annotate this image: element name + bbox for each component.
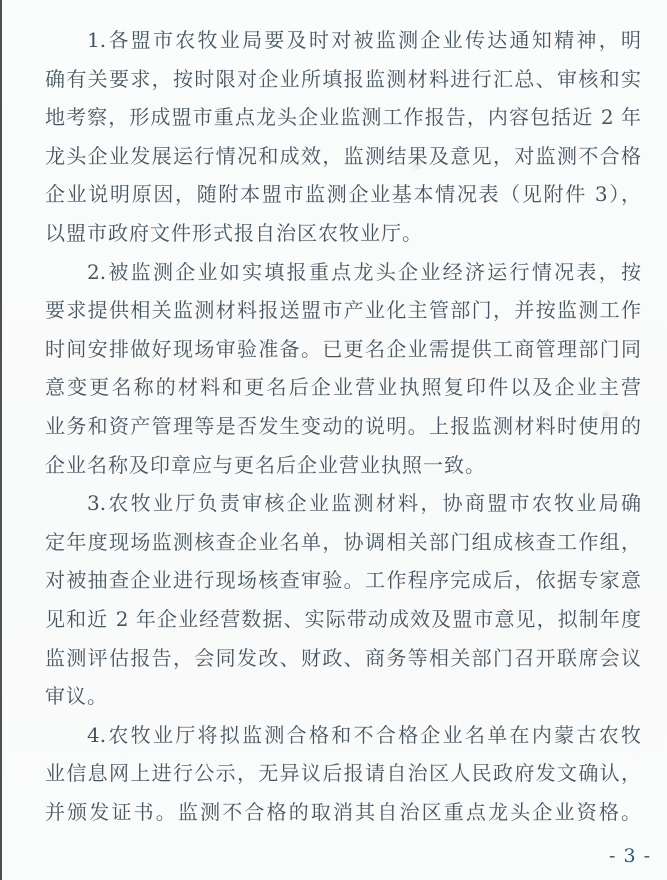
page-number: - 3 - [609, 842, 651, 870]
document-body: 1.各盟市农牧业局要及时对被监测企业传达通知精神，明 确有关要求，按时限对企业所… [45, 21, 641, 831]
text-line: 对被抽查企业进行现场核查审验。工作程序完成后，依据专家意 [45, 561, 641, 600]
text-line: 意变更名称的材料和更名后企业营业执照复印件以及企业主营 [45, 368, 641, 407]
text-line: 定年度现场监测核查企业名单，协调相关部门组成核查工作组， [45, 523, 641, 562]
text-line: 3.农牧业厅负责审核企业监测材料，协商盟市农牧业局确 [45, 484, 641, 523]
text-line: 地考察，形成盟市重点龙头企业监测工作报告，内容包括近 2 年 [45, 98, 641, 137]
text-line: 确有关要求，按时限对企业所填报监测材料进行汇总、审核和实 [45, 60, 641, 99]
text-line: 监测评估报告，会同发改、财政、商务等相关部门召开联席会议 [45, 639, 641, 678]
text-line: 4.农牧业厅将拟监测合格和不合格企业名单在内蒙古农牧 [45, 716, 641, 755]
text-line: 2.被监测企业如实填报重点龙头企业经济运行情况表，按 [45, 253, 641, 292]
text-line: 龙头企业发展运行情况和成效，监测结果及意见，对监测不合格 [45, 137, 641, 176]
document-page: 1.各盟市农牧业局要及时对被监测企业传达通知精神，明 确有关要求，按时限对企业所… [0, 0, 667, 880]
text-line: 1.各盟市农牧业局要及时对被监测企业传达通知精神，明 [45, 21, 641, 60]
text-line: 审议。 [45, 677, 641, 716]
text-line: 并颁发证书。监测不合格的取消其自治区重点龙头企业资格。 [45, 793, 641, 832]
scan-edge-artifact [0, 0, 2, 880]
text-line: 时间安排做好现场审验准备。已更名企业需提供工商管理部门同 [45, 330, 641, 369]
text-line: 以盟市政府文件形式报自治区农牧业厅。 [45, 214, 641, 253]
text-line: 企业名称及印章应与更名后企业营业执照一致。 [45, 446, 641, 485]
text-line: 见和近 2 年企业经营数据、实际带动成效及盟市意见，拟制年度 [45, 600, 641, 639]
text-line: 业务和资产管理等是否发生变动的说明。上报监测材料时使用的 [45, 407, 641, 446]
text-line: 要求提供相关监测材料报送盟市产业化主管部门，并按监测工作 [45, 291, 641, 330]
text-line: 企业说明原因，随附本盟市监测企业基本情况表（见附件 3）， [45, 175, 641, 214]
text-line: 业信息网上进行公示，无异议后报请自治区人民政府发文确认， [45, 754, 641, 793]
